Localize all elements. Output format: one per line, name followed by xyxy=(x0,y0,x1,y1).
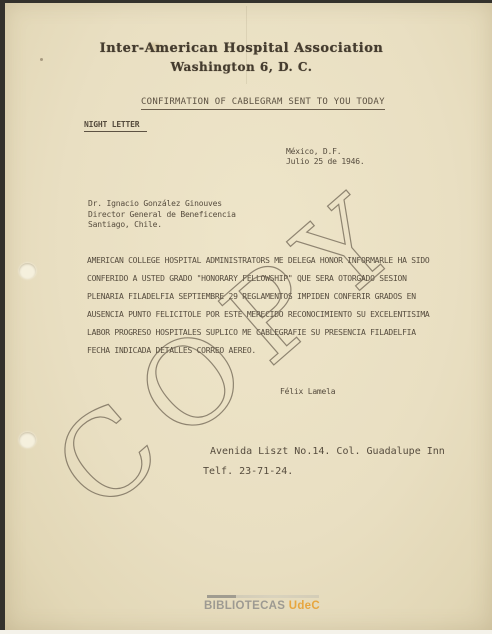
library-watermark-text: BIBLIOTECAS xyxy=(204,600,285,612)
organization-city: Washington 6, D. C. xyxy=(5,60,478,74)
hole-punch xyxy=(19,263,36,279)
body-line: LABOR PROGRESO HOSPITALES SUPLICO ME CAB… xyxy=(87,324,447,342)
sender-phone: Telf. 23-71-24. xyxy=(203,466,293,477)
library-watermark-suffix: UdeC xyxy=(289,600,320,612)
signature-name: Félix Lamela xyxy=(280,387,335,396)
recipient-block: Dr. Ignacio González Ginouves Director G… xyxy=(88,199,236,231)
scanned-letter-page: Inter-American Hospital Association Wash… xyxy=(5,3,492,630)
body-line: AUSENCIA PUNTO FELICITOLE POR ESTE MEREC… xyxy=(87,306,447,324)
night-letter-label: NIGHT LETTER xyxy=(84,120,147,132)
body-line: FECHA INDICADA DETALLES CORREO AEREO. xyxy=(87,342,447,360)
dateline: México, D.F. Julio 25 de 1946. xyxy=(286,147,364,167)
dateline-date: Julio 25 de 1946. xyxy=(286,157,364,167)
body-line: CONFERIDO A USTED GRADO "HONORARY FELLOW… xyxy=(87,270,447,288)
dateline-city: México, D.F. xyxy=(286,147,364,157)
recipient-title: Director General de Beneficencia xyxy=(88,210,236,221)
recipient-name: Dr. Ignacio González Ginouves xyxy=(88,199,236,210)
letterhead: Inter-American Hospital Association Wash… xyxy=(5,41,478,74)
sender-address: Avenida Liszt No.14. Col. Guadalupe Inn xyxy=(210,446,445,457)
library-watermark: BIBLIOTECAS UdeC xyxy=(204,595,322,612)
hole-punch xyxy=(19,432,36,448)
library-watermark-bar xyxy=(207,595,319,598)
organization-name: Inter-American Hospital Association xyxy=(5,41,478,56)
recipient-location: Santiago, Chile. xyxy=(88,220,236,231)
confirmation-heading: CONFIRMATION OF CABLEGRAM SENT TO YOU TO… xyxy=(141,97,385,110)
body-line: AMERICAN COLLEGE HOSPITAL ADMINISTRATORS… xyxy=(87,252,447,270)
body-line: PLENARIA FILADELFIA SEPTIEMBRE 29 REGLAM… xyxy=(87,288,447,306)
scan-edge xyxy=(0,630,492,634)
cablegram-body: AMERICAN COLLEGE HOSPITAL ADMINISTRATORS… xyxy=(87,252,447,360)
